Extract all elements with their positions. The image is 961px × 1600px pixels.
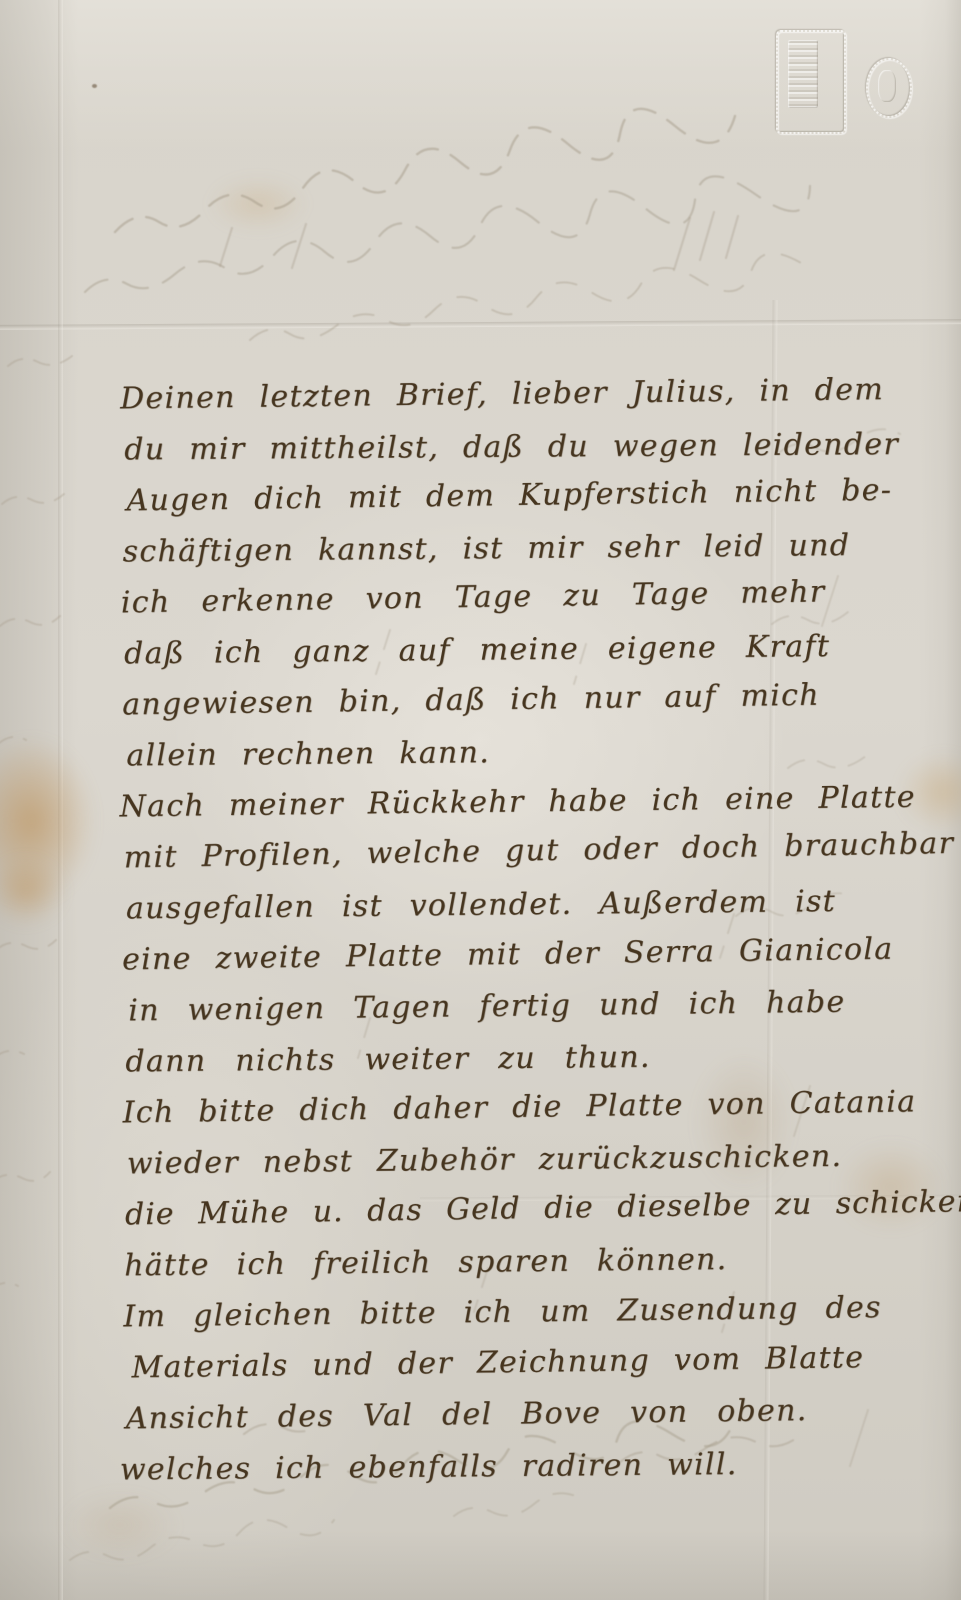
fold-crease-vertical-left [58, 0, 63, 1600]
foxing-stain [0, 736, 96, 906]
blind-stamp-emblem-icon [866, 58, 912, 118]
blind-stamp-pattern-icon [788, 40, 818, 108]
fold-crease-horizontal [0, 319, 961, 330]
handwriting-line: angewiesen bin, daß ich nur auf mich [122, 668, 950, 731]
handwriting-line: in wenigen Tagen fertig und ich habe [128, 975, 951, 1036]
letter-photo: Deinen letzten Brief, lieber Julius, in … [0, 0, 961, 1600]
handwriting-line: Augen dich mit dem Kupferstich nicht be- [126, 464, 949, 526]
ink-speck [92, 84, 97, 88]
embossed-blind-stamp [770, 26, 918, 142]
blind-stamp-frame-icon [776, 30, 846, 134]
foxing-stain [208, 176, 308, 232]
handwriting-line: Deinen letzten Brief, lieber Julius, in … [120, 363, 949, 424]
foxing-stain [0, 856, 66, 926]
handwriting-line: Ansicht des Val del Bove von oben. [125, 1383, 952, 1444]
handwriting-line: welches ich ebenfalls radiren will. [120, 1437, 952, 1495]
handwriting-line: Ich bitte dich daher die Platte von Cata… [122, 1076, 951, 1139]
letter-text-block: Deinen letzten Brief, lieber Julius, in … [120, 371, 952, 1496]
foxing-stain [60, 1490, 180, 1560]
